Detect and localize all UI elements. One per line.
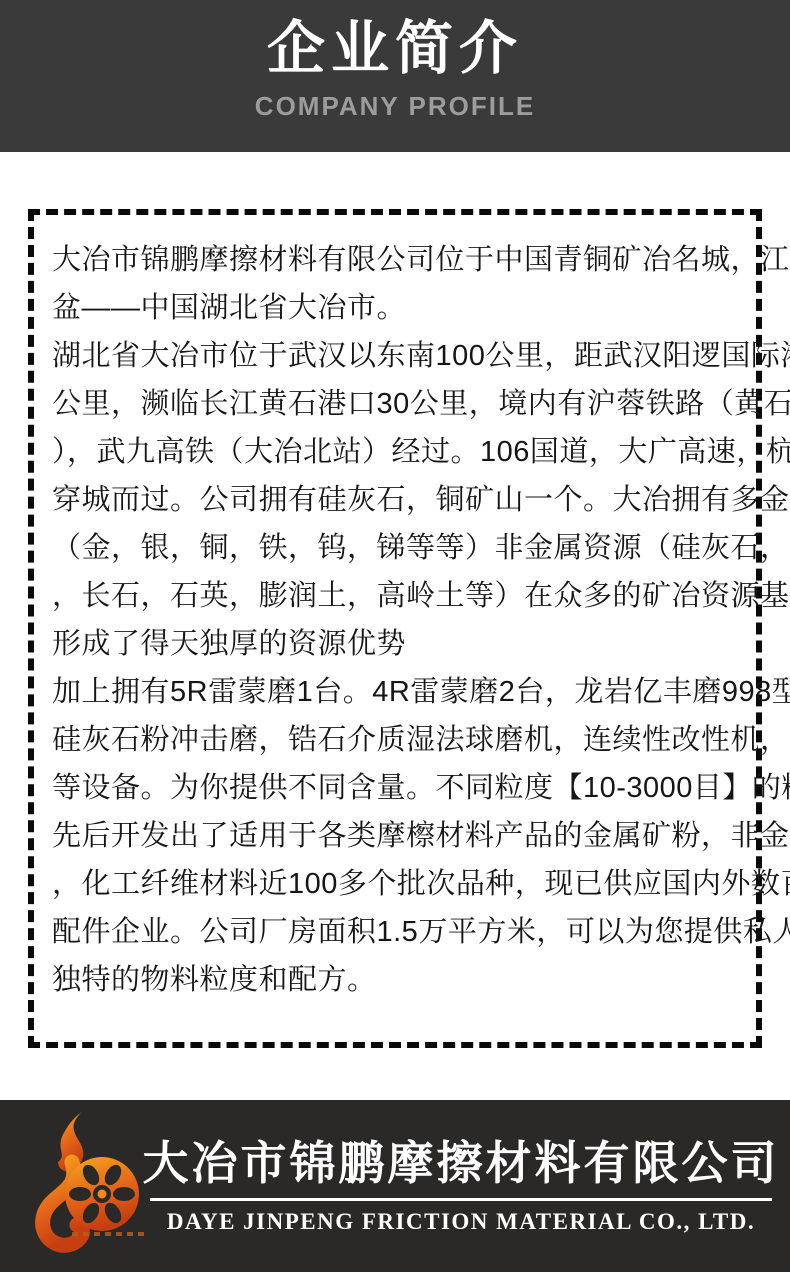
footer-company-block: 大冶市锦鹏摩擦材料有限公司 DAYE JINPENG FRICTION MATE…: [150, 1138, 772, 1235]
company-logo: [16, 1106, 144, 1266]
profile-text-line: 盆——中国湖北省大冶市。: [52, 284, 746, 332]
jinpeng-swirl-reel-icon: [16, 1106, 144, 1266]
profile-text-line: 穿城而过。公司拥有硅灰石，铜矿山一个。大冶拥有多金属矿山: [52, 476, 746, 524]
page-subtitle: COMPANY PROFILE: [0, 91, 790, 122]
footer-divider-line: [150, 1198, 772, 1201]
profile-text-line: 硅灰石粉冲击磨，锆石介质湿法球磨机，连续性改性机，分级筛: [52, 716, 746, 764]
company-name-en: DAYE JINPENG FRICTION MATERIAL CO., LTD.: [167, 1209, 755, 1235]
profile-text-line: 配件企业。公司厂房面积1.5万平方米，可以为您提供私人订制的: [52, 908, 746, 956]
profile-text-line: 加上拥有5R雷蒙磨1台。4R雷蒙磨2台，龙岩亿丰磨998型。针状: [52, 668, 746, 716]
profile-text-line: ），武九高铁（大冶北站）经过。106国道，大广高速，杭瑞高速: [52, 428, 746, 476]
profile-text-line: 独特的物料粒度和配方。: [52, 956, 746, 1004]
profile-text-line: 等设备。为你提供不同含量。不同粒度【10-3000目】的粉末。: [52, 764, 746, 812]
profile-text-line: 湖北省大冶市位于武汉以东南100公里，距武汉阳逻国际港口150: [52, 332, 746, 380]
logo-subtext: [72, 1232, 146, 1236]
profile-text-line: 先后开发出了适用于各类摩檫材料产品的金属矿粉，非金属矿粉: [52, 812, 746, 860]
footer-banner: 大冶市锦鹏摩擦材料有限公司 DAYE JINPENG FRICTION MATE…: [0, 1100, 790, 1272]
profile-text-line: 公里，濒临长江黄石港口30公里，境内有沪蓉铁路（黄石火车站: [52, 380, 746, 428]
company-name-cn: 大冶市锦鹏摩擦材料有限公司: [143, 1138, 780, 1190]
profile-text-line: 形成了得天独厚的资源优势: [52, 620, 746, 668]
header-banner: 企业简介 COMPANY PROFILE: [0, 0, 790, 152]
profile-text-line: ，长石，石英，膨润土，高岭土等）在众多的矿冶资源基础上，: [52, 572, 746, 620]
company-profile-box: 大冶市锦鹏摩擦材料有限公司位于中国青铜矿冶名城，江南聚宝 盆——中国湖北省大冶市…: [28, 209, 762, 1048]
profile-text-line: （金，银，铜，铁，钨，锑等等）非金属资源（硅灰石，方解石: [52, 524, 746, 572]
profile-text-line: ，化工纤维材料近100多个批次品种，现已供应国内外数百家汽车: [52, 860, 746, 908]
page-title: 企业简介: [0, 16, 790, 82]
profile-text-line: 大冶市锦鹏摩擦材料有限公司位于中国青铜矿冶名城，江南聚宝: [52, 236, 746, 284]
